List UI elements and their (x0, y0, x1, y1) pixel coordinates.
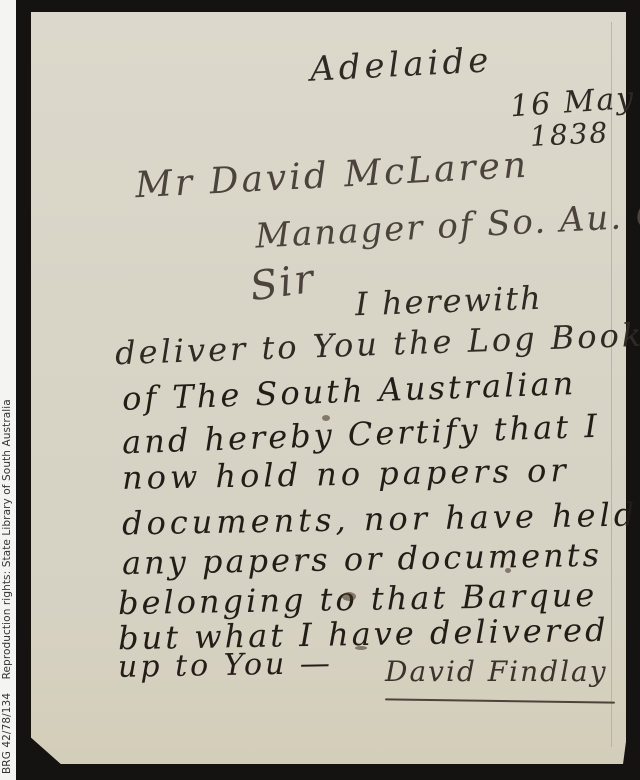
salutation: Sir (247, 256, 318, 311)
caption-text: BRG 42/78/134 Reproduction rights: State… (1, 399, 13, 774)
letter-year: 1838 (529, 116, 610, 153)
signature: David Findlay (385, 655, 608, 688)
ink-blot (296, 555, 301, 562)
ink-blot (322, 415, 330, 421)
body-line: I herewith (354, 279, 543, 324)
ink-blot (505, 568, 511, 573)
reproduction-rights: Reproduction rights: State Library of So… (1, 399, 13, 679)
document-viewer: BRG 42/78/134 Reproduction rights: State… (0, 0, 640, 780)
archive-reference: BRG 42/78/134 (1, 693, 13, 774)
body-line: up to You — (118, 646, 333, 685)
caption-strip: BRG 42/78/134 Reproduction rights: State… (0, 0, 16, 780)
ink-blot (342, 592, 356, 601)
body-line: now hold no papers or (122, 451, 570, 497)
archive-caption: BRG 42/78/134 Reproduction rights: State… (2, 394, 14, 774)
ink-blot (355, 646, 367, 650)
